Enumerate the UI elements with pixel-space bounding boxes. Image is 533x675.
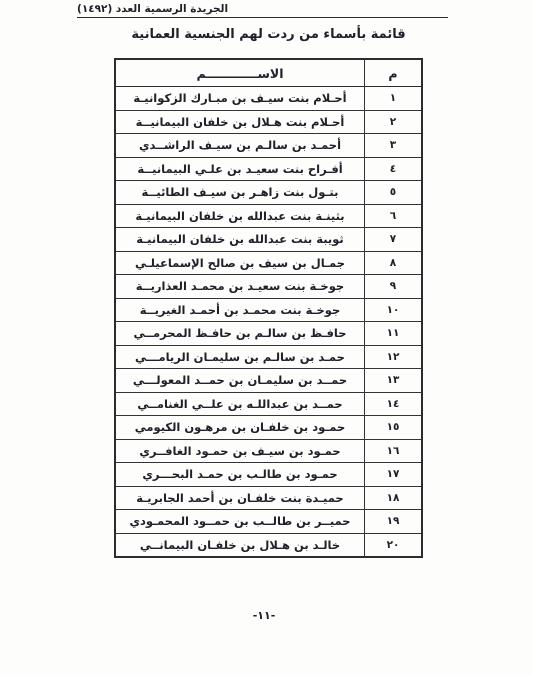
row-number-cell: ١٩ [365,510,423,534]
row-number-cell: ١٤ [365,392,423,416]
row-number-cell: ١٥ [365,416,423,440]
table-row: ١أحـلام بنت سيـف بن مبـارك الزكوانيـة [115,87,422,111]
page-number: -١١- [114,609,414,622]
row-number-cell: ١٢ [365,345,423,369]
row-name-cell: أحمـد بن سالـم بن سيـف الراشــدي [115,134,365,158]
row-number-cell: ٤ [365,157,423,181]
row-name-cell: أحـلام بنت سيـف بن مبـارك الزكوانيـة [115,87,365,111]
masthead-divider-rule [77,17,448,18]
table-row: ١٣حمــد بن سليمـان بن حمــد المعولـــي [115,369,422,393]
row-number-cell: ١٣ [365,369,423,393]
table-row: ٨جمـال بن سيف بن صالح الإسماعيلـي [115,251,422,275]
row-number-cell: ١١ [365,322,423,346]
table-row: ٤أفـراح بنت سعيـد بن علـي البيمانيــة [115,157,422,181]
table-row: ١١حافـظ بن سالـم بن حافـظ المحرمــي [115,322,422,346]
table-row: ٦بثينـة بنت عبدالله بن خلفان البيمانيـة [115,204,422,228]
row-number-cell: ٢٠ [365,533,423,557]
page-title: قائمة بأسماء من ردت لهم الجنسية العمانية [114,27,423,42]
masthead-text: الجريدة الرسمية العدد (١٤٩٢) [77,3,448,15]
table-row: ١٠جوخـة بنت محمـد بن أحمـد الغيريــة [115,298,422,322]
row-number-cell: ١٧ [365,463,423,487]
row-number-cell: ٩ [365,275,423,299]
header-row: م الاســــــــــــم [115,59,422,87]
row-name-cell: حمــد بن عبداللـه بن علــي الغنامــي [115,392,365,416]
names-table: م الاســــــــــــم ١أحـلام بنت سيـف بن … [114,58,423,558]
names-table-header: م الاســــــــــــم [115,59,422,87]
row-name-cell: حافـظ بن سالـم بن حافـظ المحرمــي [115,322,365,346]
row-number-cell: ٦ [365,204,423,228]
table-row: ٧ثويبة بنت عبدالله بن خلفان البيمانيـة [115,228,422,252]
row-name-cell: حمـود بن طالـب بن حمـد البحـــري [115,463,365,487]
row-name-cell: حمـد بن سالـم بن سليمـان الريامـــي [115,345,365,369]
table-row: ٢٠خالـد بن هـلال بن خلفـان البيمانــي [115,533,422,557]
row-name-cell: خالـد بن هـلال بن خلفـان البيمانــي [115,533,365,557]
row-number-cell: ٨ [365,251,423,275]
table-row: ١٤حمــد بن عبداللـه بن علــي الغنامــي [115,392,422,416]
names-table-body: ١أحـلام بنت سيـف بن مبـارك الزكوانيـة٢أح… [115,87,422,558]
row-number-cell: ٢ [365,110,423,134]
table-row: ٩جوخـة بنت سعيـد بن محمـد العذاريــة [115,275,422,299]
index-column-header: م [365,59,423,87]
table-row: ١٢حمـد بن سالـم بن سليمـان الريامـــي [115,345,422,369]
row-name-cell: حميــر بن طالــب بن حمــود المحمـودي [115,510,365,534]
table-row: ٢أحـلام بنت هـلال بن خلفان البيمانيــة [115,110,422,134]
table-row: ١٨حميـدة بنت خلفـان بن أحمد الجابريـة [115,486,422,510]
row-number-cell: ١٦ [365,439,423,463]
row-number-cell: ١٠ [365,298,423,322]
table-row: ٥بتـول بنت زاهـر بن سيـف الطائيــة [115,181,422,205]
row-name-cell: حميـدة بنت خلفـان بن أحمد الجابريـة [115,486,365,510]
row-number-cell: ١ [365,87,423,111]
name-column-header: الاســــــــــــم [115,59,365,87]
row-name-cell: حمـود بن خلفـان بن مرهـون الكيومي [115,416,365,440]
row-name-cell: بثينـة بنت عبدالله بن خلفان البيمانيـة [115,204,365,228]
row-name-cell: جوخـة بنت سعيـد بن محمـد العذاريــة [115,275,365,299]
row-name-cell: بتـول بنت زاهـر بن سيـف الطائيــة [115,181,365,205]
table-row: ١٧حمـود بن طالـب بن حمـد البحـــري [115,463,422,487]
row-number-cell: ٥ [365,181,423,205]
table-row: ١٩حميــر بن طالــب بن حمــود المحمـودي [115,510,422,534]
table-row: ١٥حمـود بن خلفـان بن مرهـون الكيومي [115,416,422,440]
row-name-cell: أفـراح بنت سعيـد بن علـي البيمانيــة [115,157,365,181]
row-number-cell: ٧ [365,228,423,252]
row-name-cell: أحـلام بنت هـلال بن خلفان البيمانيــة [115,110,365,134]
row-name-cell: حمــد بن سليمـان بن حمــد المعولـــي [115,369,365,393]
row-name-cell: جمـال بن سيف بن صالح الإسماعيلـي [115,251,365,275]
table-row: ٣أحمـد بن سالـم بن سيـف الراشــدي [115,134,422,158]
row-number-cell: ١٨ [365,486,423,510]
table-row: ١٦حمـود بن سيـف بن حمـود الغافــري [115,439,422,463]
row-name-cell: جوخـة بنت محمـد بن أحمـد الغيريــة [115,298,365,322]
row-name-cell: حمـود بن سيـف بن حمـود الغافــري [115,439,365,463]
gazette-page: الجريدة الرسمية العدد (١٤٩٢) قائمة بأسما… [0,0,533,675]
row-number-cell: ٣ [365,134,423,158]
row-name-cell: ثويبة بنت عبدالله بن خلفان البيمانيـة [115,228,365,252]
